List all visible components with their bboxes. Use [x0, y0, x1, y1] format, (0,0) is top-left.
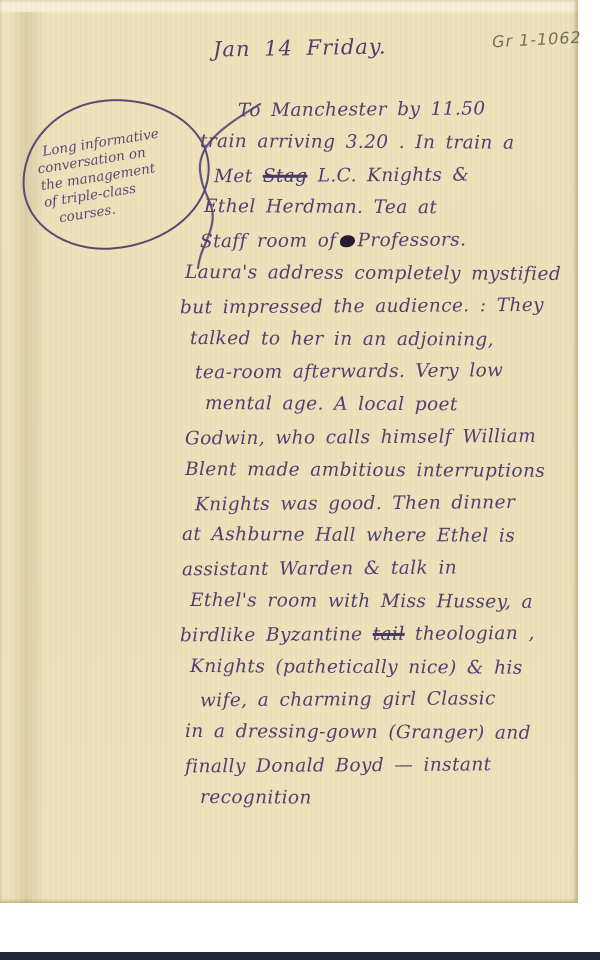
diary-line: tea-room afterwards. Very low: [195, 355, 580, 390]
diary-line-text: Met: [214, 166, 263, 187]
diary-line: train arriving 3.20 . In train a: [200, 126, 580, 161]
diary-line-text: theologian ,: [405, 623, 535, 645]
diary-line: assistant Warden & talk in: [182, 552, 580, 588]
diary-line: recognition: [200, 782, 580, 817]
diary-line: birdlike Byzantine tail theologian ,: [180, 617, 580, 653]
diary-line: Ethel's room with Miss Hussey, a: [190, 585, 580, 620]
diary-line: Knights (pathetically nice) & his: [190, 651, 580, 686]
diary-line: but impressed the audience. : They: [180, 289, 580, 325]
ink-blot: [340, 235, 355, 247]
diary-line: Godwin, who calls himself William: [185, 421, 580, 457]
diary-line: Staff room ofProfessors.: [200, 224, 580, 259]
diary-line: Met Stag L.C. Knights &: [214, 158, 580, 193]
diary-line: wife, a charming girl Classic: [200, 683, 580, 718]
diary-line: Knights was good. Then dinner: [195, 486, 580, 521]
diary-line: mental age. A local poet: [205, 388, 580, 423]
diary-line: finally Donald Boyd — instant: [185, 749, 580, 785]
date-heading: Jan 14 Friday.: [213, 34, 387, 61]
diary-line: talked to her in an adjoining,: [190, 323, 580, 358]
diary-line-text: L.C. Knights &: [307, 164, 469, 186]
diary-line: Blent made ambitious interruptions: [185, 454, 580, 489]
strikethrough-word: tail: [373, 624, 405, 645]
diary-line: in a dressing-gown (Granger) and: [185, 716, 580, 751]
diary-line: Laura's address completely mystified: [185, 257, 580, 292]
strikethrough-word: Stag: [263, 165, 308, 186]
diary-line-text: Professors.: [357, 230, 466, 252]
diary-line-text: birdlike Byzantine: [180, 624, 373, 646]
diary-line-text: Staff room of: [200, 231, 337, 253]
diary-line: To Manchester by 11.50: [238, 93, 580, 128]
diary-body: To Manchester by 11.50 train arriving 3.…: [178, 94, 580, 816]
scan-bottom-strip: [0, 952, 600, 960]
diary-line: Ethel Herdman. Tea at: [204, 191, 580, 226]
diary-line: at Ashburne Hall where Ethel is: [182, 519, 580, 554]
